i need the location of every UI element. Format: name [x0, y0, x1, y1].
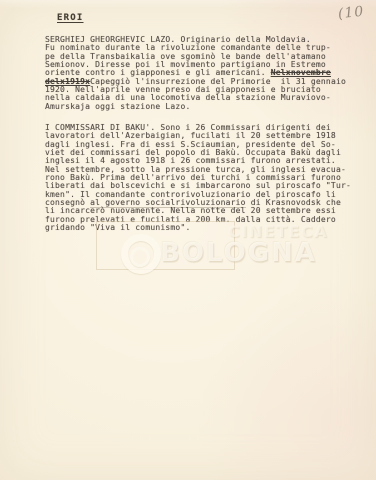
page-title: EROI [57, 13, 83, 23]
entry-serghiej-lazo: SERGHIEJ GHEORGHEVIC LAZO. Originario de… [45, 36, 357, 111]
text-line: Amurskaja oggi stazione Lazo. [45, 103, 357, 111]
typewritten-page: (10 EROI SERGHIEJ GHEORGHEVIC LAZO. Orig… [0, 0, 376, 480]
handwritten-page-number: (10 [337, 4, 365, 23]
entry-commissari-baku: I COMMISSARI DI BAKU'. Sono i 26 Commiss… [45, 124, 357, 232]
stamp-bleedthrough-box [96, 221, 235, 270]
